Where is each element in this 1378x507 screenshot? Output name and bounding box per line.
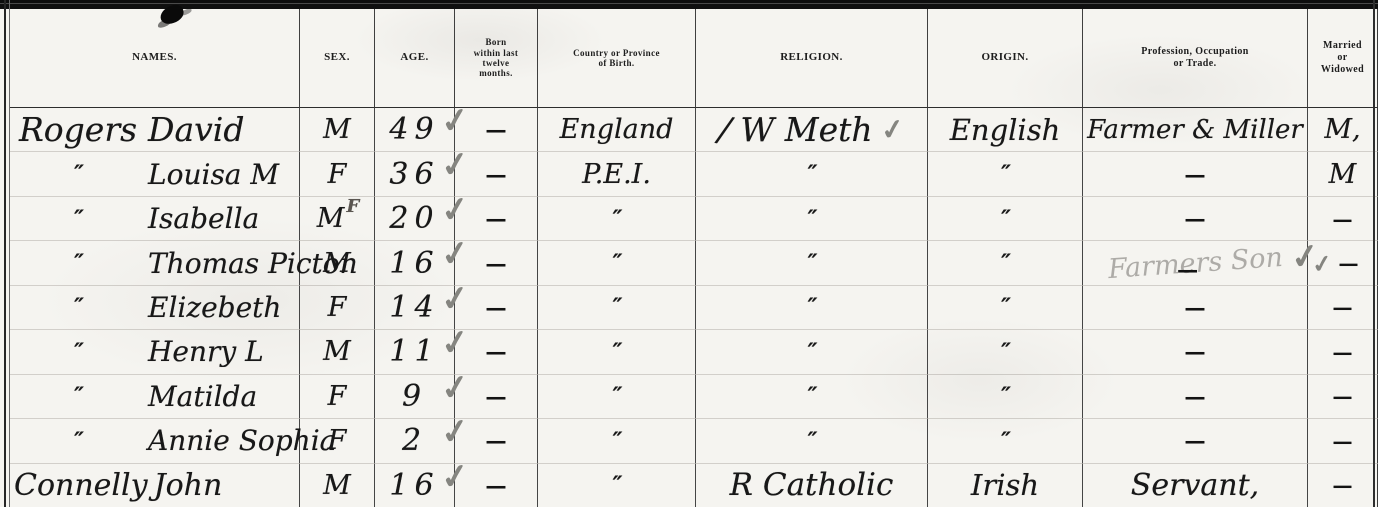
birthplace-cell: ″ [538,330,696,374]
married-cell: — [1308,375,1378,419]
name-cell: ″ Thomas Picton [10,241,300,285]
sex-text: F [328,425,347,456]
birthplace-cell: ″ [538,241,696,285]
dash-mark: — [486,206,507,231]
ditto-mark: ″ [808,206,816,232]
age-cell: 9✓ [375,375,455,419]
birthplace-cell: P.E.I. [538,152,696,196]
given-name-text: Henry L [148,335,264,368]
birthplace-cell: ″ [538,464,696,507]
profession-cell: — [1083,375,1308,419]
age-cell: 36✓ [375,152,455,196]
birthplace-cell: ″ [538,375,696,419]
married-text: M [1329,159,1357,190]
name-cell: ″ Henry L [10,330,300,374]
profession-cell: Servant, [1083,464,1308,507]
col-header-origin: ORIGIN. [928,9,1083,108]
dash-mark: — [1185,428,1206,453]
born-12-months-cell: — [455,197,538,241]
sex-cell: F [300,152,375,196]
sex-text: F [328,159,347,190]
sex-text: M [323,470,351,501]
ditto-mark: ″ [1001,339,1009,365]
sex-text: M [323,114,351,145]
religion-cell: ″ [696,286,928,330]
col-header-age: AGE. [375,9,455,108]
dash-mark: — [1339,251,1359,275]
ditto-mark: ″ [1001,294,1009,320]
ditto-mark: ″ [613,428,621,454]
age-text: 2 [402,423,427,458]
married-text: M, [1324,114,1360,145]
married-cell: — [1308,419,1378,463]
origin-cell: Irish [928,464,1083,507]
origin-text: English [950,113,1061,147]
dash-mark: — [486,384,507,409]
profession-cell: Farmer & Miller [1083,108,1308,152]
ditto-mark: ″ [613,250,621,276]
religion-text: R Catholic [730,467,894,503]
married-cell: ✓— [1308,241,1378,285]
married-cell: — [1308,330,1378,374]
census-table: NAMES. SEX. AGE. Born within last twelve… [10,9,1378,507]
profession-cell: — [1083,197,1308,241]
col-header-married: Married or Widowed [1308,9,1378,108]
ditto-mark: ″ [14,250,142,276]
ditto-mark: ″ [613,472,621,498]
sex-cell: M [300,108,375,152]
ditto-mark: ″ [14,339,142,365]
age-cell: 11✓ [375,330,455,374]
col-header-sex: SEX. [300,9,375,108]
dash-mark: — [486,251,507,276]
dash-mark: — [486,428,507,453]
name-cell: Rogers David [10,108,300,152]
sex-cell: M [300,330,375,374]
dash-mark: — [1185,295,1206,320]
religion-cell: ″ [696,241,928,285]
name-cell: ″ Matilda [10,375,300,419]
religion-cell: R Catholic [696,464,928,507]
dash-mark: — [1333,384,1353,408]
ditto-mark: ″ [808,161,816,187]
stray-mark: / [716,109,733,150]
page-top-rule [0,0,1378,9]
born-12-months-cell: — [455,375,538,419]
census-page: NAMES. SEX. AGE. Born within last twelve… [0,0,1378,507]
ditto-mark: ″ [14,428,142,454]
name-cell: ″ Annie Sophia [10,419,300,463]
profession-cell: — [1083,330,1308,374]
ditto-mark: ″ [1001,250,1009,276]
sex-cell: M [300,241,375,285]
age-text: 36 [389,157,439,192]
ditto-mark: ″ [14,206,142,232]
married-cell: M, [1308,108,1378,152]
dash-mark: — [1185,162,1206,187]
age-cell: 20✓ [375,197,455,241]
given-name-text: David [148,110,244,149]
profession-text: Farmer & Miller [1087,115,1303,145]
born-12-months-cell: — [455,241,538,285]
origin-cell: English [928,108,1083,152]
sex-cell: F [300,286,375,330]
name-cell: Connelly John [10,464,300,507]
married-cell: M [1308,152,1378,196]
married-cell: — [1308,197,1378,241]
sex-text: F [328,381,347,412]
origin-cell: ″ [928,152,1083,196]
name-cell: ″ Louisa M [10,152,300,196]
ditto-mark: ″ [808,383,816,409]
origin-cell: ″ [928,286,1083,330]
age-text: 14 [389,290,439,325]
ditto-mark: ″ [613,383,621,409]
origin-text: Irish [971,468,1039,502]
dash-mark: — [486,162,507,187]
born-12-months-cell: — [455,108,538,152]
origin-cell: ″ [928,330,1083,374]
origin-cell: ″ [928,241,1083,285]
born-12-months-cell: — [455,419,538,463]
origin-cell: ″ [928,197,1083,241]
profession-cell: — [1083,286,1308,330]
sex-cell: F [300,375,375,419]
age-cell: 14✓ [375,286,455,330]
given-name-text: John [154,468,223,503]
age-text: 49 [389,112,439,147]
born-12-months-cell: — [455,152,538,196]
left-margin-line [4,0,6,507]
origin-cell: ″ [928,419,1083,463]
dash-mark: — [486,117,507,142]
profession-cell: — [1083,152,1308,196]
given-name-text: Matilda [148,380,257,413]
age-text: 20 [389,201,439,236]
birthplace-cell: ″ [538,197,696,241]
birthplace-text: England [560,114,674,145]
age-text: 11 [389,334,439,369]
ditto-mark: ″ [808,339,816,365]
ditto-mark: ″ [1001,206,1009,232]
born-12-months-cell: — [455,464,538,507]
given-name-text: Isabella [148,202,259,235]
ditto-mark: ″ [14,383,142,409]
age-text: 16 [389,468,439,503]
religion-cell: ″ [696,152,928,196]
birthplace-cell: ″ [538,419,696,463]
religion-text: W Meth [740,110,872,149]
ditto-mark: ″ [1001,383,1009,409]
dash-mark: — [1333,295,1353,319]
profession-text: Servant, [1131,468,1259,503]
age-cell: 16✓ [375,241,455,285]
ditto-mark: ″ [14,294,142,320]
ditto-mark: ″ [14,161,142,187]
dash-mark: — [1185,384,1206,409]
ditto-mark: ″ [613,294,621,320]
birthplace-text: P.E.I. [582,159,651,190]
name-cell: ″ Elizebeth [10,286,300,330]
surname-text: Rogers [14,110,142,149]
col-header-names: NAMES. [10,9,300,108]
dash-mark: — [1333,473,1353,497]
name-cell: ″ Isabella [10,197,300,241]
dash-mark: — [1333,207,1353,231]
age-text: 9 [402,379,427,414]
col-header-born-12-months: Born within last twelve months. [455,9,538,108]
ditto-mark: ″ [1001,161,1009,187]
dash-mark: — [1185,339,1206,364]
col-header-birthplace: Country or Province of Birth. [538,9,696,108]
sex-cell: MF [300,197,375,241]
sex-text: F [328,292,347,323]
given-name-text: Louisa M [148,158,279,191]
ditto-mark: ″ [613,206,621,232]
dash-mark: — [1177,257,1198,282]
married-cell: — [1308,464,1378,507]
sex-text: M [323,248,351,279]
age-cell: 2✓ [375,419,455,463]
dash-mark: — [486,295,507,320]
religion-cell: ″ [696,330,928,374]
religion-cell: ″ [696,375,928,419]
religion-cell: /W Meth✓ [696,108,928,152]
sex-cell: F [300,419,375,463]
origin-cell: ″ [928,375,1083,419]
religion-cell: ″ [696,197,928,241]
married-cell: — [1308,286,1378,330]
col-header-religion: RELIGION. [696,9,928,108]
religion-cell: ″ [696,419,928,463]
sex-cell: M [300,464,375,507]
checkmark: ✓ [1311,247,1335,279]
birthplace-cell: England [538,108,696,152]
surname-text: Connelly [14,468,148,503]
dash-mark: — [486,339,507,364]
ditto-mark: ″ [808,428,816,454]
age-cell: 16✓ [375,464,455,507]
checkmark: ✓ [878,112,906,148]
ditto-mark: ″ [808,250,816,276]
age-cell: 49✓ [375,108,455,152]
ditto-mark: ″ [1001,428,1009,454]
profession-cell: — [1083,419,1308,463]
col-header-profession: Profession, Occupation or Trade. [1083,9,1308,108]
profession-cell: Farmers Son—✓ [1083,241,1308,285]
sex-text: M [323,336,351,367]
dash-mark: — [1333,429,1353,453]
dash-mark: — [1185,206,1206,231]
sex-correction-note: F [346,196,359,217]
birthplace-cell: ″ [538,286,696,330]
ditto-mark: ″ [808,294,816,320]
sex-text: M [317,203,345,234]
ditto-mark: ″ [613,339,621,365]
given-name-text: Elizebeth [148,291,281,324]
dash-mark: — [486,473,507,498]
born-12-months-cell: — [455,330,538,374]
age-text: 16 [389,246,439,281]
dash-mark: — [1333,340,1353,364]
born-12-months-cell: — [455,286,538,330]
